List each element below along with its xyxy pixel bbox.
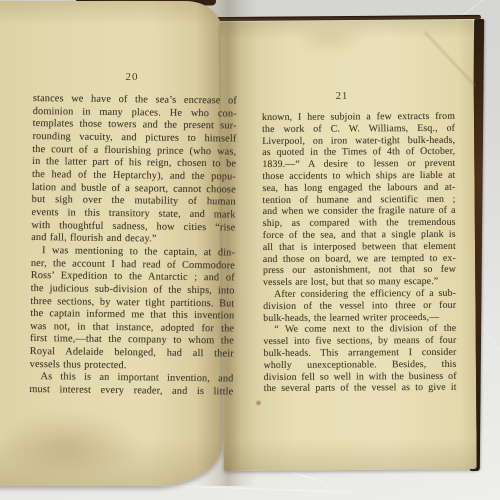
text-line: the work of C. W. Williams, Esq., of <box>262 123 455 136</box>
left-page-text: stances we have of the sea’s encrease of… <box>29 93 237 399</box>
text-line: the several parts of the vessel as to gi… <box>264 382 457 395</box>
right-page-text: known, I here subjoin a few extracts fro… <box>262 111 457 395</box>
text-line: wholly unexceptionable. Besides, this <box>264 359 457 372</box>
page-number-right: 21 <box>244 90 440 102</box>
text-line: After considering the efficiency of a su… <box>263 288 456 301</box>
text-line: known, I here subjoin a few extracts fro… <box>262 111 455 124</box>
text-line: must interest every reader, and is littl… <box>29 384 233 399</box>
text-line: bulk-heads. This arrangement I consider <box>263 347 456 360</box>
page-number-left: 20 <box>30 71 234 83</box>
text-line: those accidents to which ships are liabl… <box>262 170 455 183</box>
text-line: division of the vessel into three or fou… <box>263 300 456 313</box>
book-photo: 20 21 stances we have of the sea’s encre… <box>0 0 500 500</box>
backdrop-scratch <box>140 484 350 492</box>
text-line: force of the sea, and that a single plan… <box>263 229 456 242</box>
text-line: all that is interposed between that elem… <box>263 241 456 254</box>
text-line: sea, has long engaged the labours and at… <box>262 182 455 195</box>
